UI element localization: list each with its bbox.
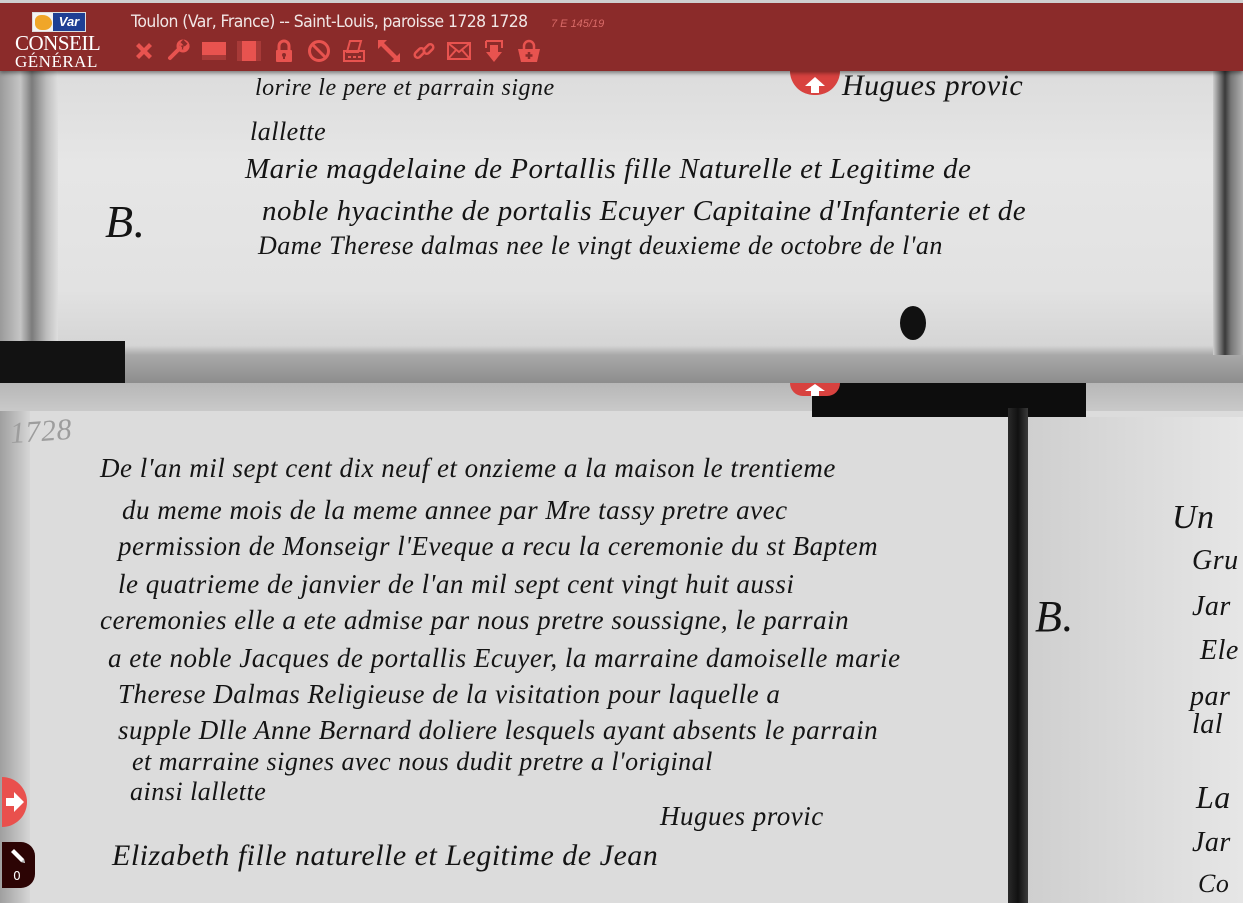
fullscreen-button[interactable]: [376, 38, 402, 64]
printer-icon: [342, 39, 366, 63]
facing-page-fragment: Gru: [1192, 545, 1239, 577]
handwriting-line: De l'an mil sept cent dix neuf et onziem…: [100, 453, 836, 484]
arrow-up-icon: [805, 384, 825, 396]
facing-page-fragment: Ele: [1200, 635, 1239, 667]
annotations-button[interactable]: 0: [2, 842, 35, 888]
arrow-up-icon: [805, 77, 825, 93]
horizontal-layout-button[interactable]: [201, 38, 227, 64]
facing-page-fragment: Un: [1172, 499, 1215, 537]
arrow-right-icon: [6, 792, 24, 812]
horizontal-split-icon: [202, 39, 226, 63]
page-edge-shadow: [0, 71, 58, 383]
facing-page-fragment: Co: [1198, 869, 1229, 899]
handwriting-line: ceremonies elle a ete admise par nous pr…: [100, 605, 849, 636]
link-icon: [412, 39, 436, 63]
download-button[interactable]: [481, 38, 507, 64]
var-badge: Var: [32, 12, 86, 32]
margin-note: B.: [105, 195, 146, 248]
facing-page-fragment: Jar: [1192, 591, 1231, 623]
lock-button[interactable]: [271, 38, 297, 64]
toolbar: [131, 37, 551, 65]
facing-page-fragment: lal: [1192, 709, 1223, 741]
print-button[interactable]: [341, 38, 367, 64]
annotations-count: 0: [2, 869, 32, 883]
var-map-icon: [35, 15, 52, 30]
image-viewer[interactable]: lorire le pere et parrain signe lallette…: [0, 0, 1243, 903]
page-binding-gutter: [1008, 408, 1028, 903]
page-edge-shadow: [1213, 71, 1243, 383]
handwriting-line: et marraine signes avec nous dudit pretr…: [132, 747, 713, 777]
page-bottom-band: [125, 355, 1243, 383]
facing-page-fragment: Jar: [1192, 827, 1231, 859]
bleed-through-text: 1728: [9, 413, 73, 451]
no-entry-icon: [307, 39, 331, 63]
handwriting-line: a ete noble Jacques de portallis Ecuyer,…: [108, 643, 901, 674]
permalink-button[interactable]: [411, 38, 437, 64]
handwriting-line: Marie magdelaine de Portallis fille Natu…: [245, 153, 971, 186]
basket-add-icon: [517, 39, 541, 63]
document-reference: 7 E 145/19: [551, 18, 604, 30]
window-top-border: [0, 0, 1243, 3]
close-icon: [132, 39, 156, 63]
envelope-icon: [447, 39, 471, 63]
handwriting-line: lorire le pere et parrain signe: [255, 75, 555, 102]
padlock-icon: [272, 39, 296, 63]
ink-blot: [900, 306, 926, 340]
close-button[interactable]: [131, 38, 157, 64]
facing-page-fragment: La: [1196, 779, 1231, 816]
download-icon: [482, 39, 506, 63]
margin-note: B.: [1035, 591, 1074, 642]
handwriting-line: Therese Dalmas Religieuse de la visitati…: [118, 679, 780, 710]
handwriting-line: Dame Therese dalmas nee le vingt deuxiem…: [258, 231, 943, 261]
block-button[interactable]: [306, 38, 332, 64]
handwriting-signature: Hugues provic: [842, 71, 1023, 103]
conseil-general-logo[interactable]: Var CONSEIL GÉNÉRAL: [12, 12, 104, 72]
handwriting-line: supple Dlle Anne Bernard doliere lesquel…: [118, 715, 878, 746]
handwriting-line: noble hyacinthe de portalis Ecuyer Capit…: [262, 195, 1026, 228]
page-dark-region: [812, 383, 1086, 417]
handwriting-line: ainsi lallette: [130, 777, 266, 807]
pencil-icon: [10, 848, 26, 864]
wrench-icon: [167, 39, 191, 63]
page-dark-corner: [0, 341, 125, 383]
page-edge-shadow: [0, 411, 30, 903]
handwriting-line: Elizabeth fille naturelle et Legitime de…: [112, 839, 658, 873]
logo-line-1: CONSEIL: [15, 32, 100, 54]
settings-button[interactable]: [166, 38, 192, 64]
document-image-top[interactable]: lorire le pere et parrain signe lallette…: [0, 71, 1243, 383]
document-image-bottom[interactable]: 1728 De l'an mil sept cent dix neuf et o…: [0, 383, 1243, 903]
document-title-row: Toulon (Var, France) -- Saint-Louis, par…: [131, 12, 562, 32]
email-button[interactable]: [446, 38, 472, 64]
expand-arrows-icon: [377, 39, 401, 63]
handwriting-line: le quatrieme de janvier de l'an mil sept…: [118, 569, 794, 600]
handwriting-line: permission de Monseigr l'Eveque a recu l…: [118, 531, 878, 562]
document-title: Toulon (Var, France) -- Saint-Louis, par…: [131, 12, 528, 32]
handwriting-line: lallette: [250, 117, 326, 147]
handwriting-line: du meme mois de la meme annee par Mre ta…: [122, 495, 788, 526]
handwriting-signature: Hugues provic: [660, 801, 824, 832]
add-to-basket-button[interactable]: [516, 38, 542, 64]
vertical-split-icon: [237, 39, 261, 63]
vertical-layout-button[interactable]: [236, 38, 262, 64]
next-image-button[interactable]: [790, 383, 840, 396]
header-bar: Var CONSEIL GÉNÉRAL Toulon (Var, France)…: [0, 3, 1243, 71]
var-badge-text: Var: [53, 13, 85, 31]
logo-line-2: GÉNÉRAL: [15, 53, 98, 71]
